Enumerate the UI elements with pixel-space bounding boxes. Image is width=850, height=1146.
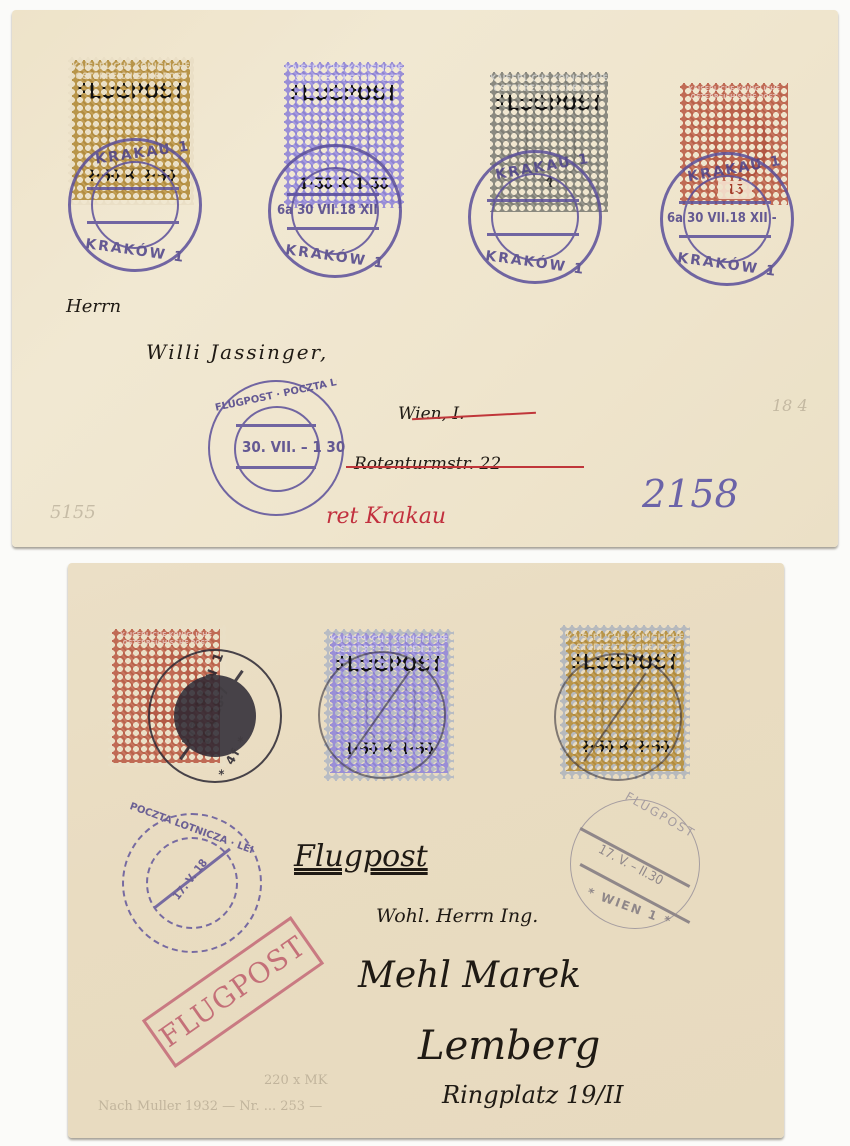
stamp-frame-text: KAISERLICHE KÖNIGLICHE OSTERREICHISCHE P… [566, 633, 684, 653]
cover-top: KAISERLICHE KÖNIGLICHE OSTERREICHISCHE P… [12, 10, 838, 547]
forwarding-note: ret Krakau [326, 504, 446, 529]
faint-pencil-note: 18 4 [772, 396, 808, 415]
postmark-krakau: KRAKAU 1 6a 30 VII.18 XII - KRAKÓW 1 [660, 152, 794, 286]
postmark-krakau: 6a 30 VII.18 XII KRAKÓW 1 [268, 144, 402, 278]
stamp-frame-text: KAISERLICHE KÖNIGLICHE OSTERREICHISCHE P… [72, 62, 190, 82]
postmark-krakau: KRAKAU 1 KRAKÓW 1 [68, 138, 202, 272]
address-city-struck: Wien, I. [398, 404, 465, 424]
address-name: Willi Jassinger, [146, 340, 328, 364]
pencil-number: 2158 [642, 472, 739, 516]
postmark-wien-flugpost: 17. V. – II.30 FLUGPOST * WIEN 1 * [570, 799, 700, 929]
address-name: Mehl Marek [358, 955, 581, 996]
address-heading: Flugpost [294, 839, 428, 874]
address-street-struck: Rotenturmstr. 22 [354, 454, 501, 474]
stamp-overprint: FLUGPOST [284, 82, 404, 107]
stamp-frame-text: KAISERLICHE KÖNIGLICHE OSTERREICHISCHE P… [490, 74, 608, 94]
strike-line [346, 466, 584, 468]
stamp-frame-text: KAISERLICHE KÖNIGLICHE OSTERREICHISCHE P… [112, 631, 220, 647]
cover-bottom: KAISERLICHE KÖNIGLICHE OSTERREICHISCHE P… [68, 563, 784, 1138]
postmark-wien [318, 651, 446, 779]
address-city: Lemberg [418, 1023, 600, 1069]
address-salutation: Herrn [66, 296, 121, 317]
faint-pencil-note: 5155 [50, 502, 96, 523]
postmark-flugpost-krakau: 30. VII. – 1 30 FLUGPOST · POCZTA LOTNIC… [208, 380, 344, 516]
postmark-wien: 1/a WIEN 1 16.V.18-7 * 4f * [148, 649, 282, 783]
postmark-wien [554, 653, 682, 781]
address-street: Ringplatz 19/II [442, 1081, 623, 1109]
postmark-krakau: KRAKAU 1 KRAKÓW 1 [468, 150, 602, 284]
faint-pencil-note: 220 x MK [264, 1073, 327, 1088]
address-salutation: Wohl. Herrn Ing. [376, 905, 538, 927]
faint-pencil-note: Nach Muller 1932 — Nr. ... 253 — [98, 1099, 322, 1114]
stamp-frame-text: KAISERLICHE KÖNIGLICHE OSTERREICHISCHE P… [680, 85, 788, 101]
stamp-frame-text: KAISERLICHE KÖNIGLICHE OSTERREICHISCHE P… [284, 64, 404, 84]
stamp-overprint: FLUGPOST [72, 80, 190, 105]
postmark-lemberg: 17. V. 18 POCZTA LOTNICZA · LEMBERG 1 · … [122, 813, 262, 953]
stamp-overprint: FLUGPOST [490, 92, 608, 117]
